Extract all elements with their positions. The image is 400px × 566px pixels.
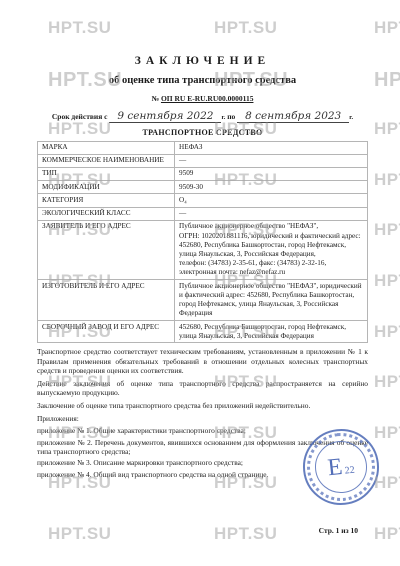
validity-line: Срок действия с 9 сентября 2022г. по 8 с… [37,111,368,123]
paragraph: Транспортное средство соответствует техн… [37,347,368,375]
row-label: ЗАЯВИТЕЛЬ И ЕГО АДРЕС [38,220,175,279]
document-number: № ОП RU E-RU.RU00.0000115 [37,94,368,103]
document-content: ЗАКЛЮЧЕНИЕ об оценке типа транспортного … [0,0,400,479]
table-row: МАРКА НЕФАЗ [38,141,368,154]
table-row: ЗАЯВИТЕЛЬ И ЕГО АДРЕС Публичное акционер… [38,220,368,279]
row-value: НЕФАЗ [175,141,368,154]
row-label: ЭКОЛОГИЧЕСКИЙ КЛАСС [38,207,175,220]
row-value: Публичное акционерное общество "НЕФАЗ", … [175,280,368,321]
document-subtitle: об оценке типа транспортного средства [37,75,368,86]
validity-date-to: 8 сентября 2023 [237,111,349,123]
vehicle-table: МАРКА НЕФАЗ КОММЕРЧЕСКОЕ НАИМЕНОВАНИЕ — … [37,141,368,344]
row-value: 9509 [175,167,368,180]
table-row: ИЗГОТОВИТЕЛЬ И ЕГО АДРЕС Публичное акцио… [38,280,368,321]
table-row: МОДИФИКАЦИИ 9509-30 [38,181,368,194]
watermark-text: HPT.SU [48,525,111,542]
table-row: КАТЕГОРИЯ О₄ [38,194,368,207]
document-title: ЗАКЛЮЧЕНИЕ [37,55,368,67]
watermark-text: HPT.SU [214,525,277,542]
validity-label: Срок действия с [52,112,108,121]
table-row: ТИП 9509 [38,167,368,180]
validity-date-from: 9 сентября 2022 [109,111,221,123]
approval-stamp: E 22 [299,425,383,509]
stamp-letter: E [326,455,343,480]
row-label: СБОРОЧНЫЙ ЗАВОД И ЕГО АДРЕС [38,321,175,343]
paragraph: Действие заключения об оценке типа транс… [37,379,368,397]
document-number-prefix: № [152,94,160,103]
validity-year-suffix-from: г. [221,114,225,121]
row-value: 452680, Республика Башкортостан, город Н… [175,321,368,343]
stamp-center: E 22 [312,438,369,495]
watermark-text: HPT.SU [374,525,400,542]
row-label: КАТЕГОРИЯ [38,194,175,207]
validity-to-label: по [227,112,235,121]
table-row: КОММЕРЧЕСКОЕ НАИМЕНОВАНИЕ — [38,154,368,167]
paragraph: Заключение об оценке типа транспортного … [37,401,368,410]
row-value: — [175,154,368,167]
attachments-label: Приложения: [37,414,368,423]
row-value: О₄ [175,194,368,207]
document-number-value: ОП RU E-RU.RU00.0000115 [161,94,254,103]
document-page: ЗАКЛЮЧЕНИЕ об оценке типа транспортного … [0,0,400,566]
row-label: КОММЕРЧЕСКОЕ НАИМЕНОВАНИЕ [38,154,175,167]
row-label: ТИП [38,167,175,180]
row-value: 9509-30 [175,181,368,194]
row-label: МОДИФИКАЦИИ [38,181,175,194]
page-footer: Стр. 1 из 10 [319,526,358,535]
row-value: — [175,207,368,220]
section-title: ТРАНСПОРТНОЕ СРЕДСТВО [37,128,368,137]
validity-year-suffix-to: г. [349,114,353,121]
stamp-number: 22 [344,466,355,477]
row-label: МАРКА [38,141,175,154]
row-value: Публичное акционерное общество "НЕФАЗ", … [175,220,368,279]
table-row: СБОРОЧНЫЙ ЗАВОД И ЕГО АДРЕС 452680, Респ… [38,321,368,343]
row-label: ИЗГОТОВИТЕЛЬ И ЕГО АДРЕС [38,280,175,321]
table-row: ЭКОЛОГИЧЕСКИЙ КЛАСС — [38,207,368,220]
